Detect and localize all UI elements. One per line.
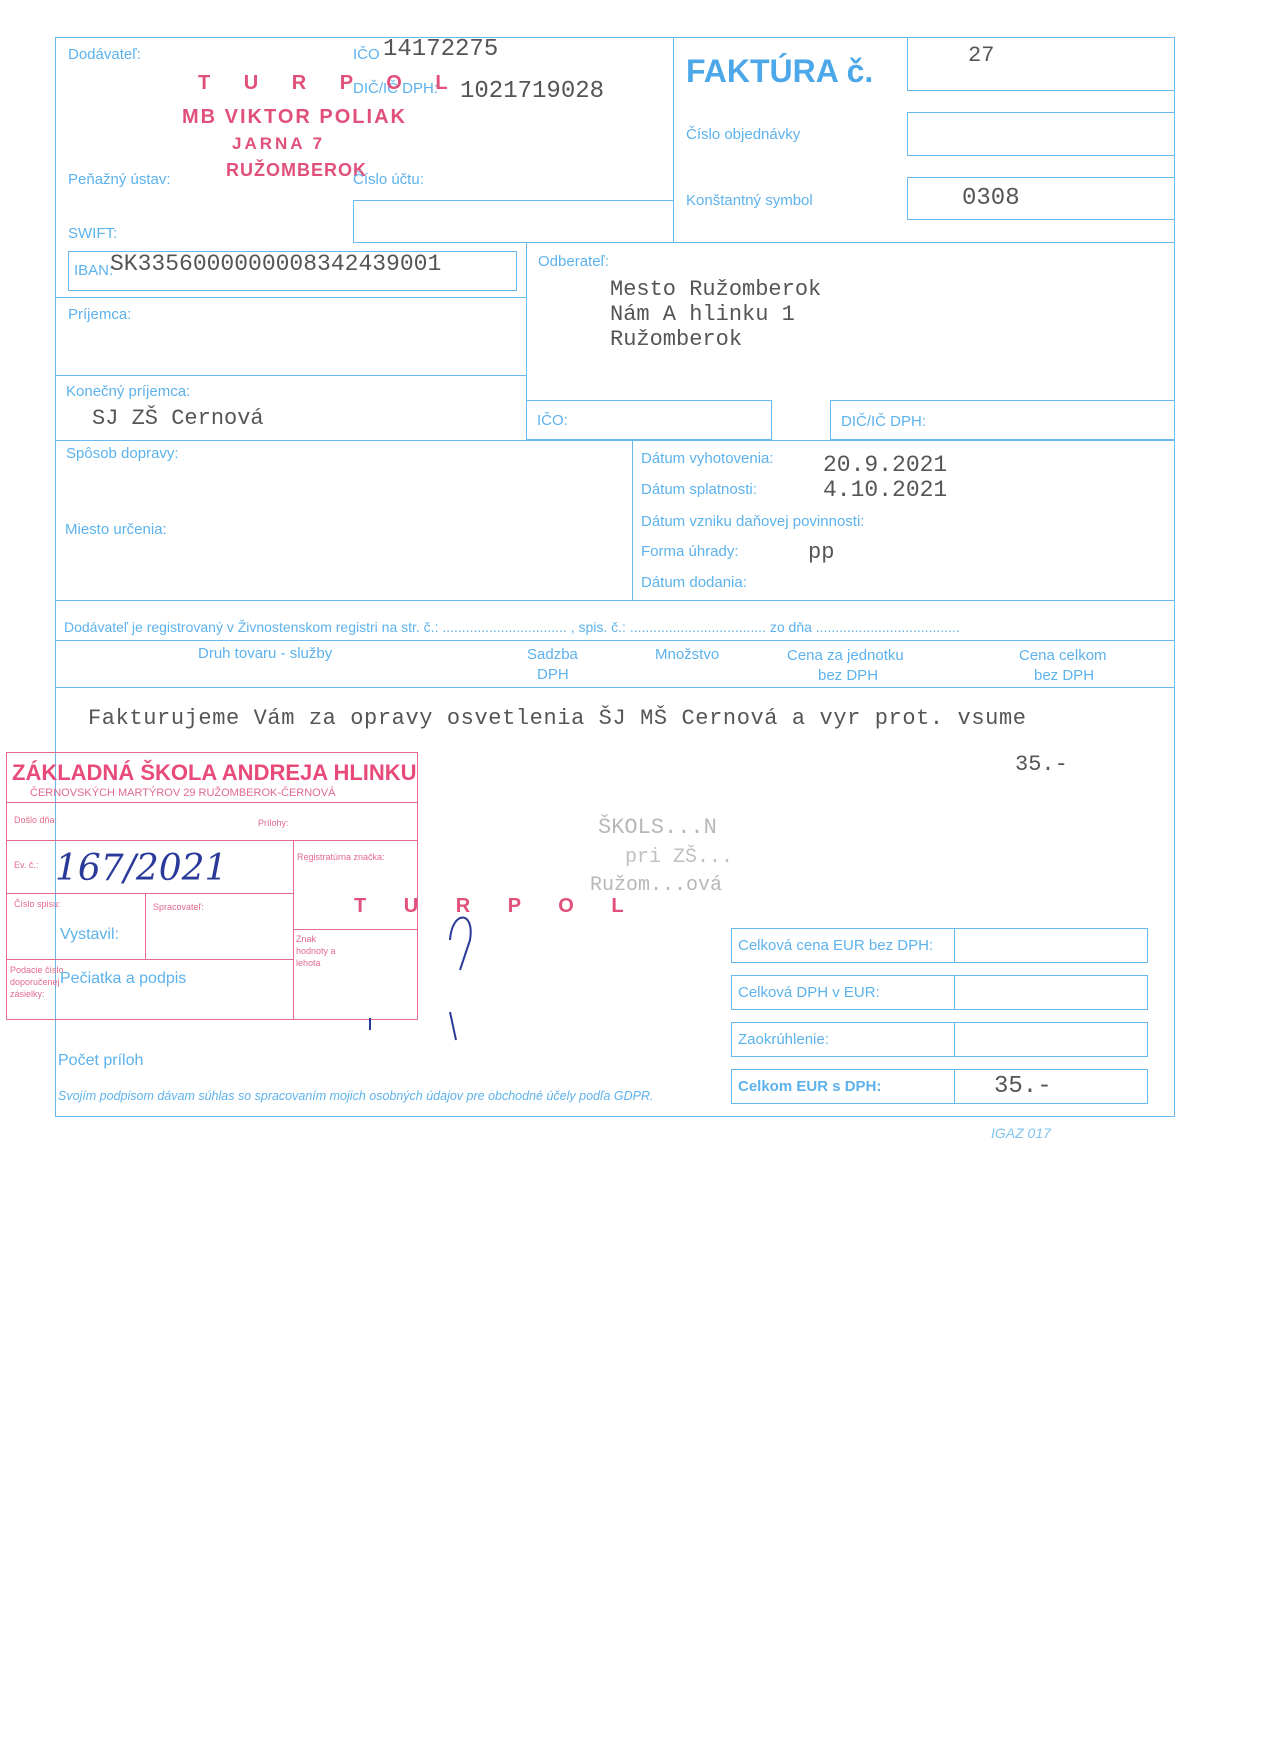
rounding-label: Zaokrúhlenie: — [738, 1031, 829, 1048]
divider — [6, 840, 418, 841]
col-header-description: Druh tovaru - služby — [198, 645, 332, 662]
school-stamp-title: ZÁKLADNÁ ŠKOLA ANDREJA HLINKU — [12, 760, 417, 786]
attachments-count-label: Počet príloh — [58, 1052, 143, 1070]
tax-date-label: Dátum vzniku daňovej povinnosti: — [641, 513, 864, 530]
faint-stamp-line: Ružom...ová — [590, 874, 722, 897]
iban-value: SK3356000000008342439001 — [110, 251, 441, 277]
gdpr-consent-text: Svojím podpisom dávam súhlas so spracova… — [58, 1089, 654, 1103]
final-recipient-value: SJ ZŠ Cernová — [92, 406, 264, 431]
divider — [55, 687, 1175, 688]
account-field[interactable] — [353, 200, 674, 243]
supplier-ico-value: 14172275 — [383, 36, 498, 63]
constant-symbol-value: 0308 — [962, 185, 1020, 212]
stamp-attachments-label: Prílohy: — [258, 818, 289, 828]
divider — [55, 440, 1175, 441]
grand-total-field[interactable]: Celkom EUR s DPH: 35.- — [731, 1069, 1148, 1104]
school-stamp-subtitle: ČERNOVSKÝCH MARTÝROV 29 RUŽOMBEROK-ČERNO… — [30, 787, 335, 799]
col-header-quantity: Množstvo — [655, 646, 719, 663]
customer-address-line: Nám A hlinku 1 — [610, 302, 795, 327]
due-date-value: 4.10.2021 — [823, 477, 947, 503]
payment-form-label: Forma úhrady: — [641, 543, 739, 560]
customer-label: Odberateľ: — [538, 253, 609, 270]
divider — [673, 37, 674, 242]
divider — [55, 640, 1175, 641]
divider — [55, 297, 526, 298]
total-vat-field[interactable]: Celková DPH v EUR: — [731, 975, 1148, 1010]
divider — [632, 440, 633, 600]
customer-ico-label: IČO: — [537, 412, 568, 429]
item-amount: 35.- — [1015, 752, 1068, 777]
invoice-number-field[interactable] — [907, 37, 1175, 91]
divider — [6, 802, 418, 803]
divider — [954, 976, 955, 1009]
supplier-stamp-line: RUŽOMBEROK — [226, 160, 367, 181]
signature-scribble — [360, 900, 510, 1050]
due-date-label: Dátum splatnosti: — [641, 481, 757, 498]
form-code: IGAZ 017 — [991, 1125, 1051, 1141]
divider — [954, 1070, 955, 1103]
transport-mode-label: Spôsob dopravy: — [66, 445, 179, 462]
stamp-signature-label: Pečiatka a podpis — [60, 970, 186, 988]
col-header-vat-rate: Sadzba — [527, 646, 578, 663]
registry-note: Dodávateľ je registrovaný v Živnostensko… — [64, 619, 1164, 635]
divider — [526, 242, 1175, 243]
divider — [6, 893, 293, 894]
stamp-ev-label: Ev. č.: — [14, 860, 38, 870]
divider — [55, 375, 526, 376]
rounding-field[interactable]: Zaokrúhlenie: — [731, 1022, 1148, 1057]
invoice-title: FAKTÚRA č. — [686, 53, 873, 90]
order-number-field[interactable] — [907, 112, 1175, 156]
iban-label: IBAN: — [74, 262, 113, 279]
swift-label: SWIFT: — [68, 225, 117, 242]
faint-stamp-line: ŠKOLS...N — [598, 815, 717, 840]
faint-stamp-line: pri ZŠ... — [625, 846, 733, 869]
col-header-unit-price: Cena za jednotku — [787, 647, 904, 664]
bank-label: Peňažný ústav: — [68, 171, 171, 188]
payment-form-value: pp — [808, 540, 834, 565]
constant-symbol-field[interactable] — [907, 177, 1175, 220]
divider — [954, 1023, 955, 1056]
supplier-ico-label: IČO — [353, 46, 380, 63]
issue-date-label: Dátum vyhotovenia: — [641, 450, 774, 467]
stamp-file-number-label: Číslo spisu: — [14, 899, 61, 909]
constant-symbol-label: Konštantný symbol — [686, 192, 813, 209]
supplier-label: Dodávateľ: — [68, 46, 141, 63]
customer-address-line: Mesto Ružomberok — [610, 277, 821, 302]
destination-label: Miesto určenia: — [65, 521, 167, 538]
total-net-label: Celková cena EUR bez DPH: — [738, 937, 933, 954]
issue-date-value: 20.9.2021 — [823, 452, 947, 478]
grand-total-label: Celkom EUR s DPH: — [738, 1078, 881, 1095]
stamp-handler-label: Spracovateľ: — [153, 902, 204, 912]
col-header-total-price: bez DPH — [1034, 667, 1094, 684]
col-header-vat-rate: DPH — [537, 666, 569, 683]
divider — [145, 893, 146, 959]
divider — [6, 959, 293, 960]
customer-dic-label: DIČ/IČ DPH: — [841, 413, 926, 430]
col-header-total-price: Cena celkom — [1019, 647, 1107, 664]
supplier-dic-value: 1021719028 — [460, 78, 604, 105]
divider — [293, 840, 294, 1020]
recipient-label: Príjemca: — [68, 306, 131, 323]
customer-address-line: Ružomberok — [610, 327, 742, 352]
invoice-number-value: 27 — [968, 43, 994, 68]
issued-by-label: Vystavil: — [60, 926, 119, 944]
divider — [55, 600, 1175, 601]
account-label: Číslo účtu: — [353, 171, 424, 188]
stamp-retention-label: Znak hodnoty a lehota — [296, 933, 344, 969]
order-number-label: Číslo objednávky — [686, 126, 800, 143]
ev-number-handwritten: 167/2021 — [55, 848, 227, 889]
supplier-stamp-line: JARNA 7 — [232, 134, 325, 154]
stamp-received-label: Došlo dňa: — [14, 815, 57, 825]
total-vat-label: Celková DPH v EUR: — [738, 984, 880, 1001]
item-description: Fakturujeme Vám za opravy osvetlenia ŠJ … — [88, 706, 1027, 731]
total-net-field[interactable]: Celková cena EUR bez DPH: — [731, 928, 1148, 963]
delivery-date-label: Dátum dodania: — [641, 574, 747, 591]
divider — [954, 929, 955, 962]
col-header-unit-price: bez DPH — [818, 667, 878, 684]
grand-total-value: 35.- — [994, 1073, 1052, 1100]
supplier-stamp-line: MB VIKTOR POLIAK — [182, 106, 407, 129]
stamp-registry-mark-label: Registratúrna značka: — [297, 852, 385, 862]
final-recipient-label: Konečný príjemca: — [66, 383, 190, 400]
supplier-stamp-line: T U R P O L — [198, 72, 462, 95]
